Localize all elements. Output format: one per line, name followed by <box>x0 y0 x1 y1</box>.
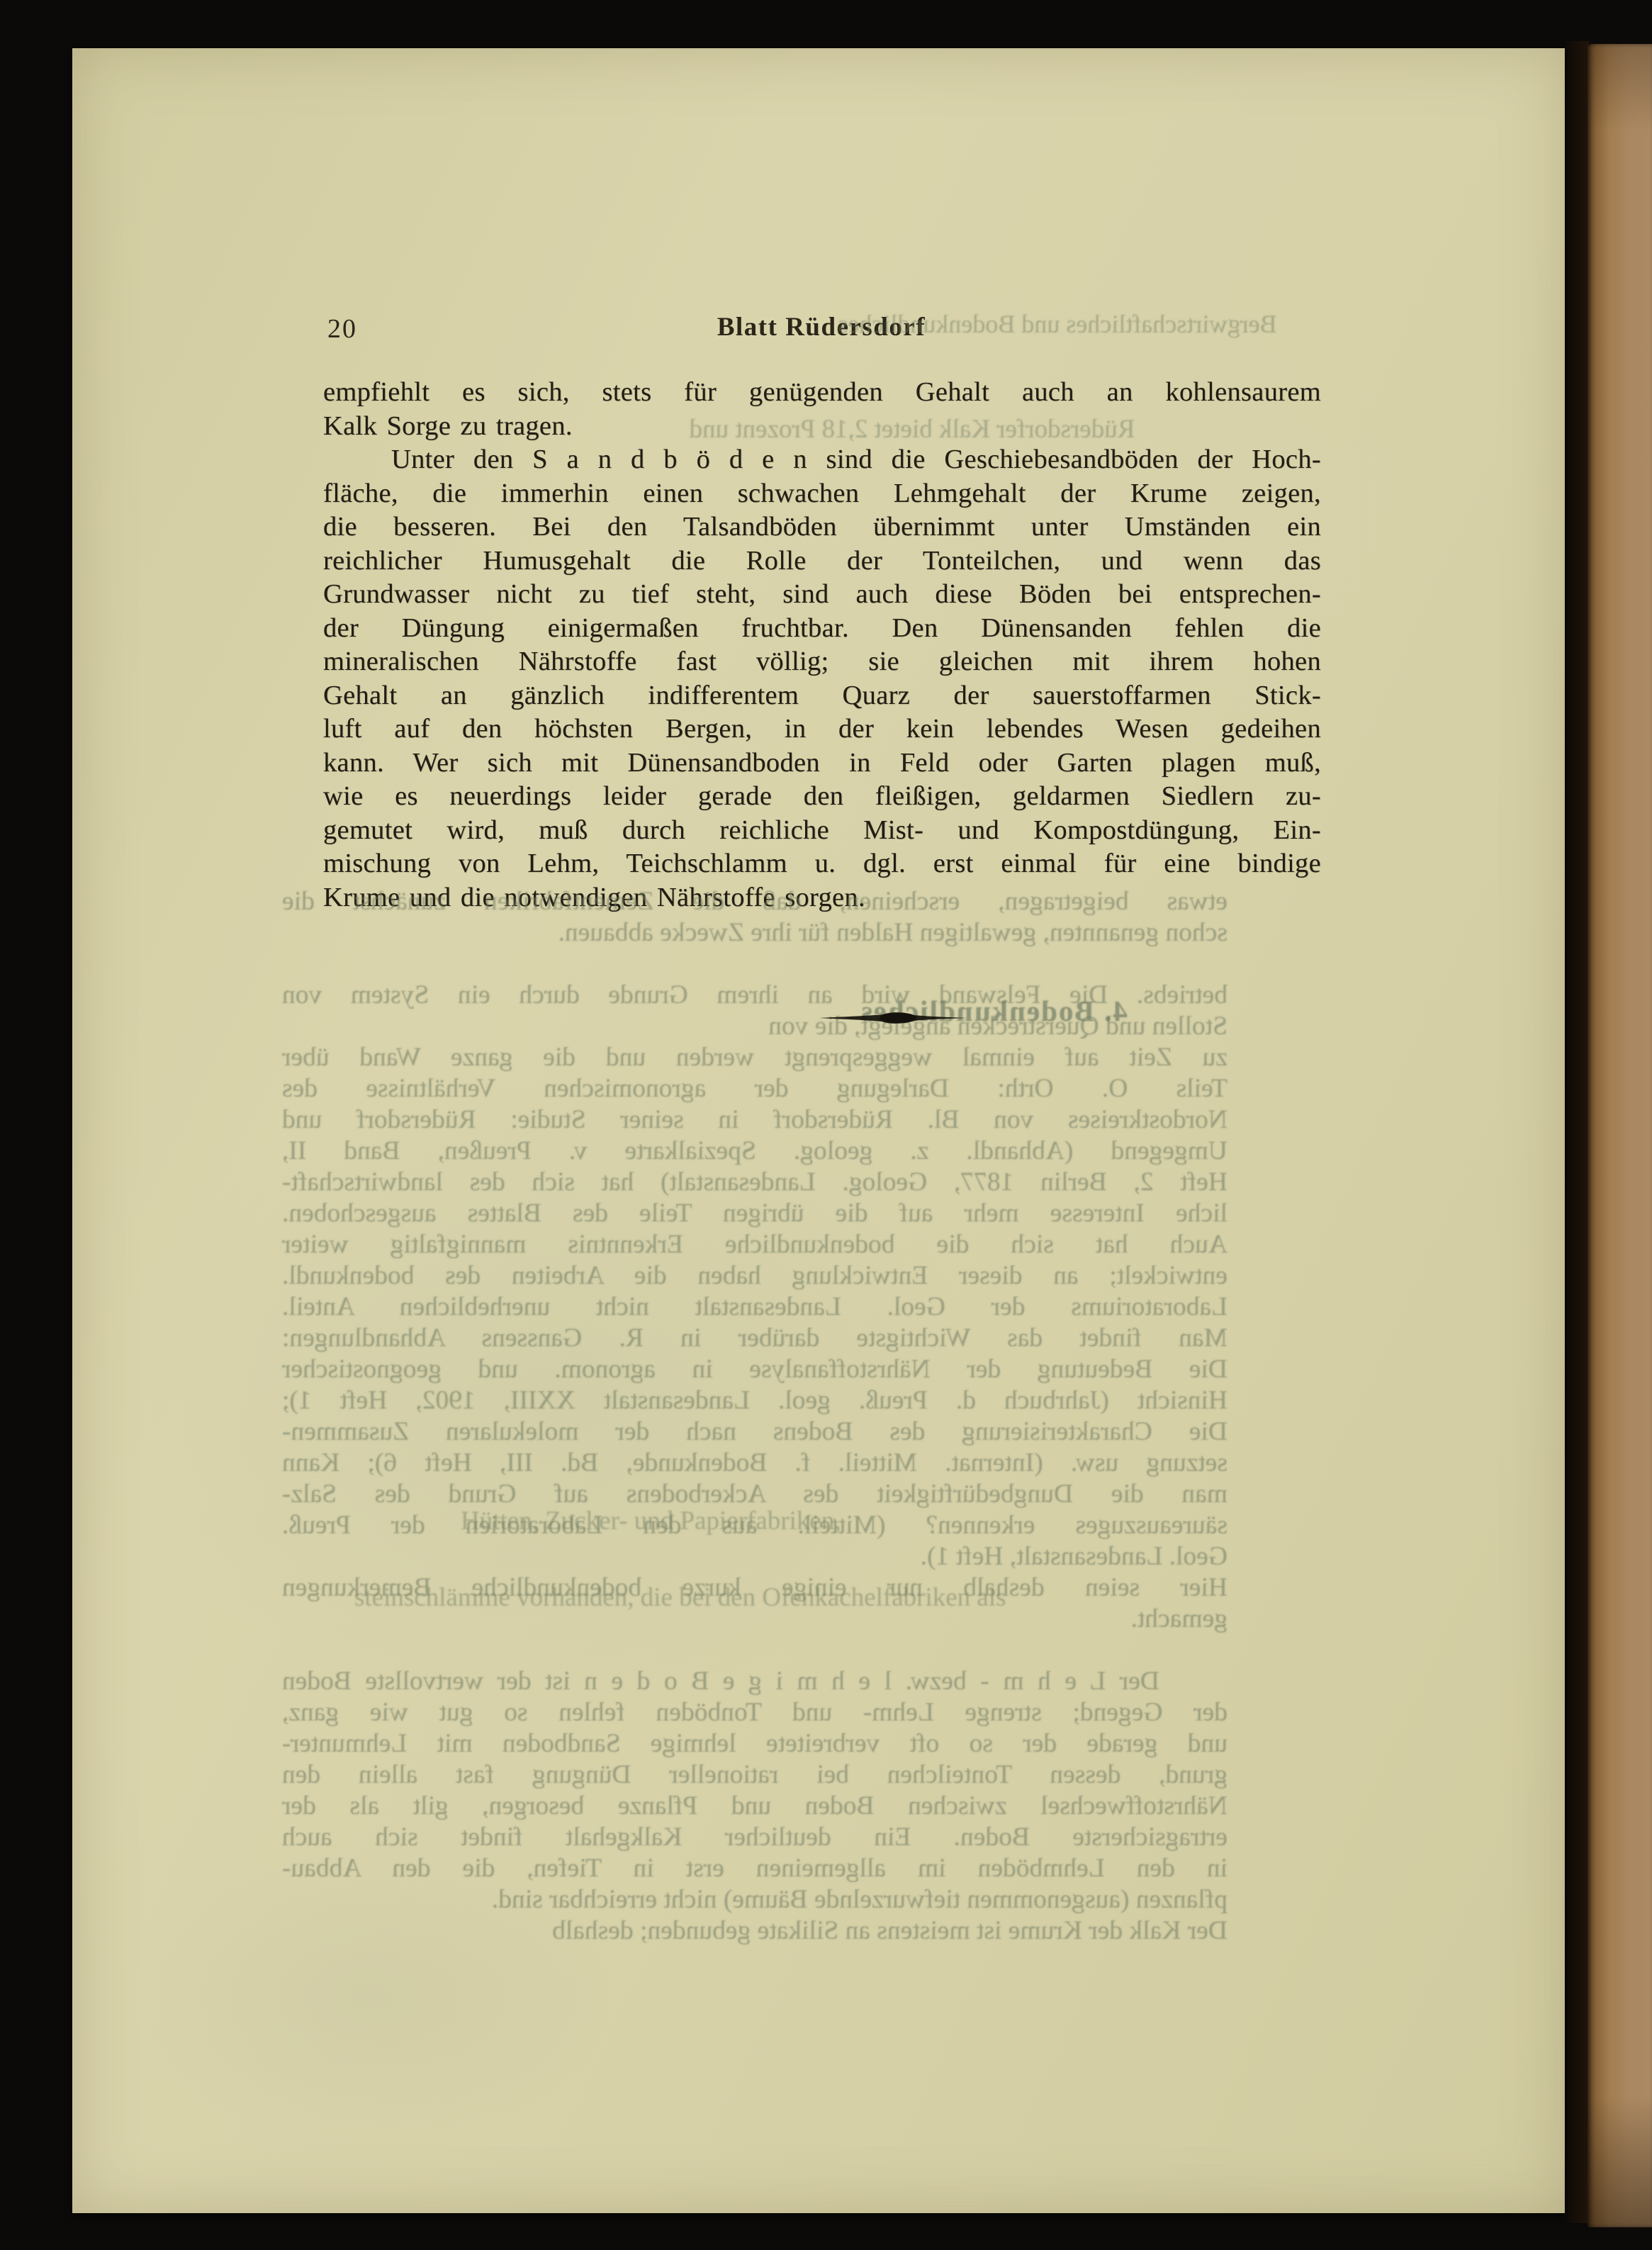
text-line: Unter den S a n d b ö d e n sind die Ges… <box>323 443 1321 477</box>
ghost-line: man die Dungbedürftigkeit des Ackerboden… <box>282 1479 1227 1510</box>
adjacent-page-edge <box>1588 44 1652 2227</box>
ghost-line: Umgegend (Abhandl. z. geolog. Spezialkar… <box>282 1136 1227 1167</box>
ghost-line <box>282 948 1227 980</box>
ghost-line: setzung usw. (Internat. Mitteil. f. Bode… <box>282 1448 1227 1479</box>
text-line: mischung von Lehm, Teichschlamm u. dgl. … <box>323 847 1321 881</box>
text-line: wie es neuerdings leider gerade den flei… <box>323 780 1321 814</box>
ink-smudge-icon <box>818 1009 968 1026</box>
text-line: fläche, die immerhin einen schwachen Leh… <box>323 477 1321 511</box>
ghost-line: etwas beigetragen, erscheinen, daß die Z… <box>282 886 1227 917</box>
ghost-line: Nährstoffwechsel zwischen Boden und Pfla… <box>282 1791 1227 1822</box>
text-line: gemutet wird, muß durch reichliche Mist-… <box>323 814 1321 848</box>
ghost-line: der Gegend; strenge Lehm- und Tonböden f… <box>282 1697 1227 1728</box>
text-line: der Düngung einigermaßen fruchtbar. Den … <box>323 612 1321 646</box>
ghost-line: Geol. Landesanstalt, Heft 1). <box>282 1541 1227 1572</box>
ghost-line: Hier seien deshalb nur einige kurze bode… <box>282 1572 1227 1603</box>
ghost-line: Heft 2, Berlin 1877, Geolog. Landesansta… <box>282 1167 1227 1198</box>
text-line: luft auf den höchsten Bergen, in der kei… <box>323 712 1321 746</box>
ghost-line: schon genannten, gewaltigen Halden für i… <box>282 917 1227 948</box>
text-line: Gehalt an gänzlich indifferentem Quarz d… <box>323 679 1321 713</box>
ghost-line: Hinsicht (Jahrbuch d. Preuß. geol. Lande… <box>282 1385 1227 1416</box>
ghost-line: Die Charakterisierung des Bodens nach de… <box>282 1416 1227 1448</box>
gutter-shadow <box>1563 41 1589 2223</box>
ghost-line: Teils O. Orth: Darlegung der agronomisch… <box>282 1073 1227 1104</box>
text-line: mineralischen Nährstoffe fast völlig; si… <box>323 645 1321 679</box>
ghost-line: zu Zeit auf einmal weggesprengt werden u… <box>282 1042 1227 1073</box>
ink-smudge-mark <box>818 1009 968 1026</box>
ghost-line: Der Kalk der Krume ist meistens an Silik… <box>282 1915 1227 1947</box>
body-text: empfiehlt es sich, stets für genügenden … <box>323 376 1321 914</box>
ghost-line: Man findet das Wichtigste darüber in R. … <box>282 1323 1227 1354</box>
ghost-line: und gerade der so oft verbreitete lehmig… <box>282 1728 1227 1759</box>
ghost-line: in den Lehmböden im allgemeinen erst in … <box>282 1853 1227 1884</box>
ghost-line: liche Interesse mehr auf die übrigen Tei… <box>282 1198 1227 1229</box>
text-line: Grundwasser nicht zu tief steht, sind au… <box>323 578 1321 612</box>
text-line: die besseren. Bei den Talsandböden übern… <box>323 510 1321 544</box>
text-line: kann. Wer sich mit Dünensandboden in Fel… <box>323 746 1321 780</box>
ghost-line: Die Bedeutung der Nährstoffanalyse in ag… <box>282 1354 1227 1385</box>
ghost-bleedthrough-text: etwas beigetragen, erscheinen, daß die Z… <box>282 886 1227 1947</box>
book-page: 20 Blatt Rüdersdorf Bergwirtschaftliches… <box>72 48 1565 2213</box>
ghost-header-fragment: Bergwirtschaftliches und Bodenkundliches <box>682 309 1433 339</box>
ghost-line: Nordostkreises von Bl. Rüdersdorf in sei… <box>282 1104 1227 1136</box>
ghost-line: Auch hat sich die bodenkundliche Erkennt… <box>282 1229 1227 1260</box>
ghost-line: ertragsicherste Boden. Ein deutlicher Ka… <box>282 1822 1227 1853</box>
text-line: reichlicher Humusgehalt die Rolle der To… <box>323 544 1321 578</box>
book-scan-background: 20 Blatt Rüdersdorf Bergwirtschaftliches… <box>0 0 1652 2250</box>
ghost-line: Der L e h m - bezw. l e h m i g e B o d … <box>282 1666 1227 1697</box>
text-line: Kalk Sorge zu tragen. <box>323 410 1321 444</box>
ghost-line: entwickelt; an dieser Entwicklung haben … <box>282 1260 1227 1292</box>
ghost-line: grund, dessen Tonteilchen bei rationelle… <box>282 1759 1227 1791</box>
ghost-line: Laboratoriums der Geol. Landesanstalt ni… <box>282 1292 1227 1323</box>
ghost-line: gemacht. <box>282 1603 1227 1635</box>
ghost-line <box>282 1635 1227 1666</box>
text-line: empfiehlt es sich, stets für genügenden … <box>323 376 1321 410</box>
ghost-line: säureauszuges erkennen? (Mitteil. aus de… <box>282 1510 1227 1541</box>
ghost-line: pflanzen (ausgenommen tiefwurzelnde Bäum… <box>282 1884 1227 1915</box>
